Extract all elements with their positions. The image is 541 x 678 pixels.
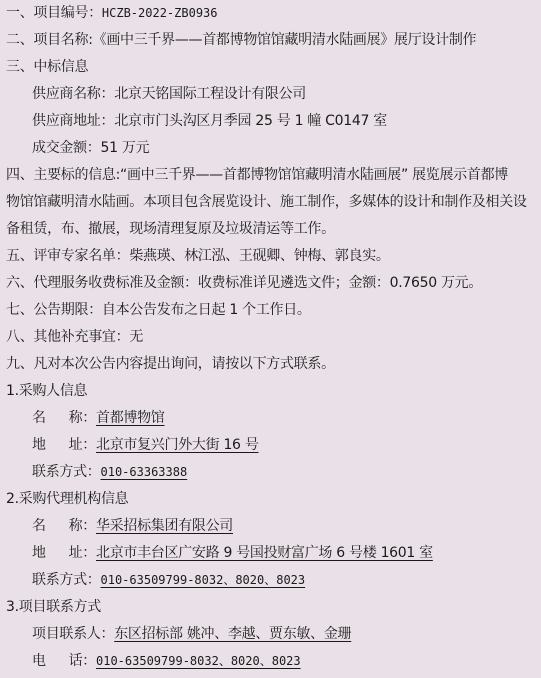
purchaser-address-link[interactable]: 北京市复兴门外大街 16 号: [96, 437, 259, 453]
agency-fee-row: 六、代理服务收费标准及金额：收费标准详见遴选文件；金额：0.7650 万元。: [6, 270, 541, 297]
notice-period-value: 自本公告发布之日起 1 个工作日。: [102, 302, 311, 318]
deal-amount-row: 成交金额：51 万元: [6, 135, 541, 162]
notice-period-label: 七、公告期限：: [6, 302, 102, 318]
project-contact-person-row: 项目联系人：东区招标部 姚冲、李越、贾东敏、金珊: [6, 621, 541, 648]
deal-amount-label: 成交金额：: [32, 140, 101, 156]
supplier-address-row: 供应商地址：北京市门头沟区月季园 25 号 1 幢 C0147 室: [6, 108, 541, 135]
project-contact-phone-link[interactable]: 010-63509799-8032、8020、8023: [96, 654, 301, 668]
purchaser-name-label: 名称：: [32, 405, 96, 432]
experts-value: 柴燕瑛、林江泓、王砚卿、钟梅、郭良实。: [129, 248, 389, 264]
agency-fee-label: 六、代理服务收费标准及金额：: [6, 275, 198, 291]
deal-amount-value: 51 万元: [101, 140, 150, 156]
purchaser-phone-link[interactable]: 010-63363388: [101, 465, 188, 479]
other-matters-row: 八、其他补充事宜：无: [6, 324, 541, 351]
purchaser-name-link[interactable]: 首都博物馆: [96, 410, 165, 426]
agency-name-label: 名称：: [32, 513, 96, 540]
project-contact-phone-label: 电话：: [32, 648, 96, 675]
agency-fee-value: 收费标准详见遴选文件；金额：0.7650 万元。: [198, 275, 482, 291]
project-number-value: HCZB-2022-ZB0936: [102, 6, 218, 20]
project-number-row: 一、项目编号：HCZB-2022-ZB0936: [6, 0, 541, 27]
experts-label: 五、评审专家名单：: [6, 248, 129, 264]
purchaser-heading: 1.采购人信息: [6, 378, 541, 405]
purchaser-address-label: 地址：: [32, 432, 96, 459]
purchaser-phone-row: 联系方式：010-63363388: [6, 459, 541, 486]
main-subject-line-2: 物馆馆藏明清水陆画。本项目包含展览设计、施工制作，多媒体的设计和制作及相关设: [6, 189, 541, 216]
agency-address-link[interactable]: 北京市丰台区广安路 9 号国投财富广场 6 号楼 1601 室: [96, 545, 433, 561]
other-matters-label: 八、其他补充事宜：: [6, 329, 129, 345]
agency-phone-row: 联系方式：010-63509799-8032、8020、8023: [6, 567, 541, 594]
purchaser-address-row: 地址：北京市复兴门外大街 16 号: [6, 432, 541, 459]
purchaser-phone-label: 联系方式：: [32, 464, 101, 480]
project-contact-heading: 3.项目联系方式: [6, 594, 541, 621]
project-name-value: 《画中三千界——首都博物馆馆藏明清水陆画展》展厅设计制作: [93, 32, 477, 48]
supplier-name-value: 北京天铭国际工程设计有限公司: [114, 86, 306, 102]
agency-name-row: 名称：华采招标集团有限公司: [6, 513, 541, 540]
project-contact-person-link[interactable]: 东区招标部 姚冲、李越、贾东敏、金珊: [114, 626, 351, 642]
supplier-name-label: 供应商名称：: [32, 86, 114, 102]
agency-address-label: 地址：: [32, 540, 96, 567]
project-name-row: 二、项目名称:《画中三千界——首都博物馆馆藏明清水陆画展》展厅设计制作: [6, 27, 541, 54]
main-subject-line-1: 四、主要标的信息:“画中三千界——首都博物馆馆藏明清水陆画展” 展览展示首都博: [6, 162, 541, 189]
experts-row: 五、评审专家名单：柴燕瑛、林江泓、王砚卿、钟梅、郭良实。: [6, 243, 541, 270]
supplier-name-row: 供应商名称：北京天铭国际工程设计有限公司: [6, 81, 541, 108]
purchaser-name-row: 名称：首都博物馆: [6, 405, 541, 432]
project-contact-phone-row: 电话：010-63509799-8032、8020、8023: [6, 648, 541, 675]
project-contact-person-label: 项目联系人：: [32, 626, 114, 642]
agency-name-link[interactable]: 华采招标集团有限公司: [96, 518, 233, 534]
agency-heading: 2.采购代理机构信息: [6, 486, 541, 513]
agency-phone-link[interactable]: 010-63509799-8032、8020、8023: [101, 573, 306, 587]
agency-phone-label: 联系方式：: [32, 572, 101, 588]
project-number-label: 一、项目编号：: [6, 5, 102, 21]
inquiry-heading: 九、凡对本次公告内容提出询问，请按以下方式联系。: [6, 351, 541, 378]
agency-address-row: 地址：北京市丰台区广安路 9 号国投财富广场 6 号楼 1601 室: [6, 540, 541, 567]
main-subject-line-3: 备租赁，布、撤展，现场清理复原及垃圾清运等工作。: [6, 216, 541, 243]
other-matters-value: 无: [129, 329, 143, 345]
notice-period-row: 七、公告期限：自本公告发布之日起 1 个工作日。: [6, 297, 541, 324]
project-name-label: 二、项目名称:: [6, 32, 93, 48]
announcement-document: 一、项目编号：HCZB-2022-ZB0936 二、项目名称:《画中三千界——首…: [6, 0, 541, 675]
supplier-address-label: 供应商地址：: [32, 113, 114, 129]
supplier-address-value: 北京市门头沟区月季园 25 号 1 幢 C0147 室: [114, 113, 387, 129]
award-info-heading: 三、中标信息: [6, 54, 541, 81]
